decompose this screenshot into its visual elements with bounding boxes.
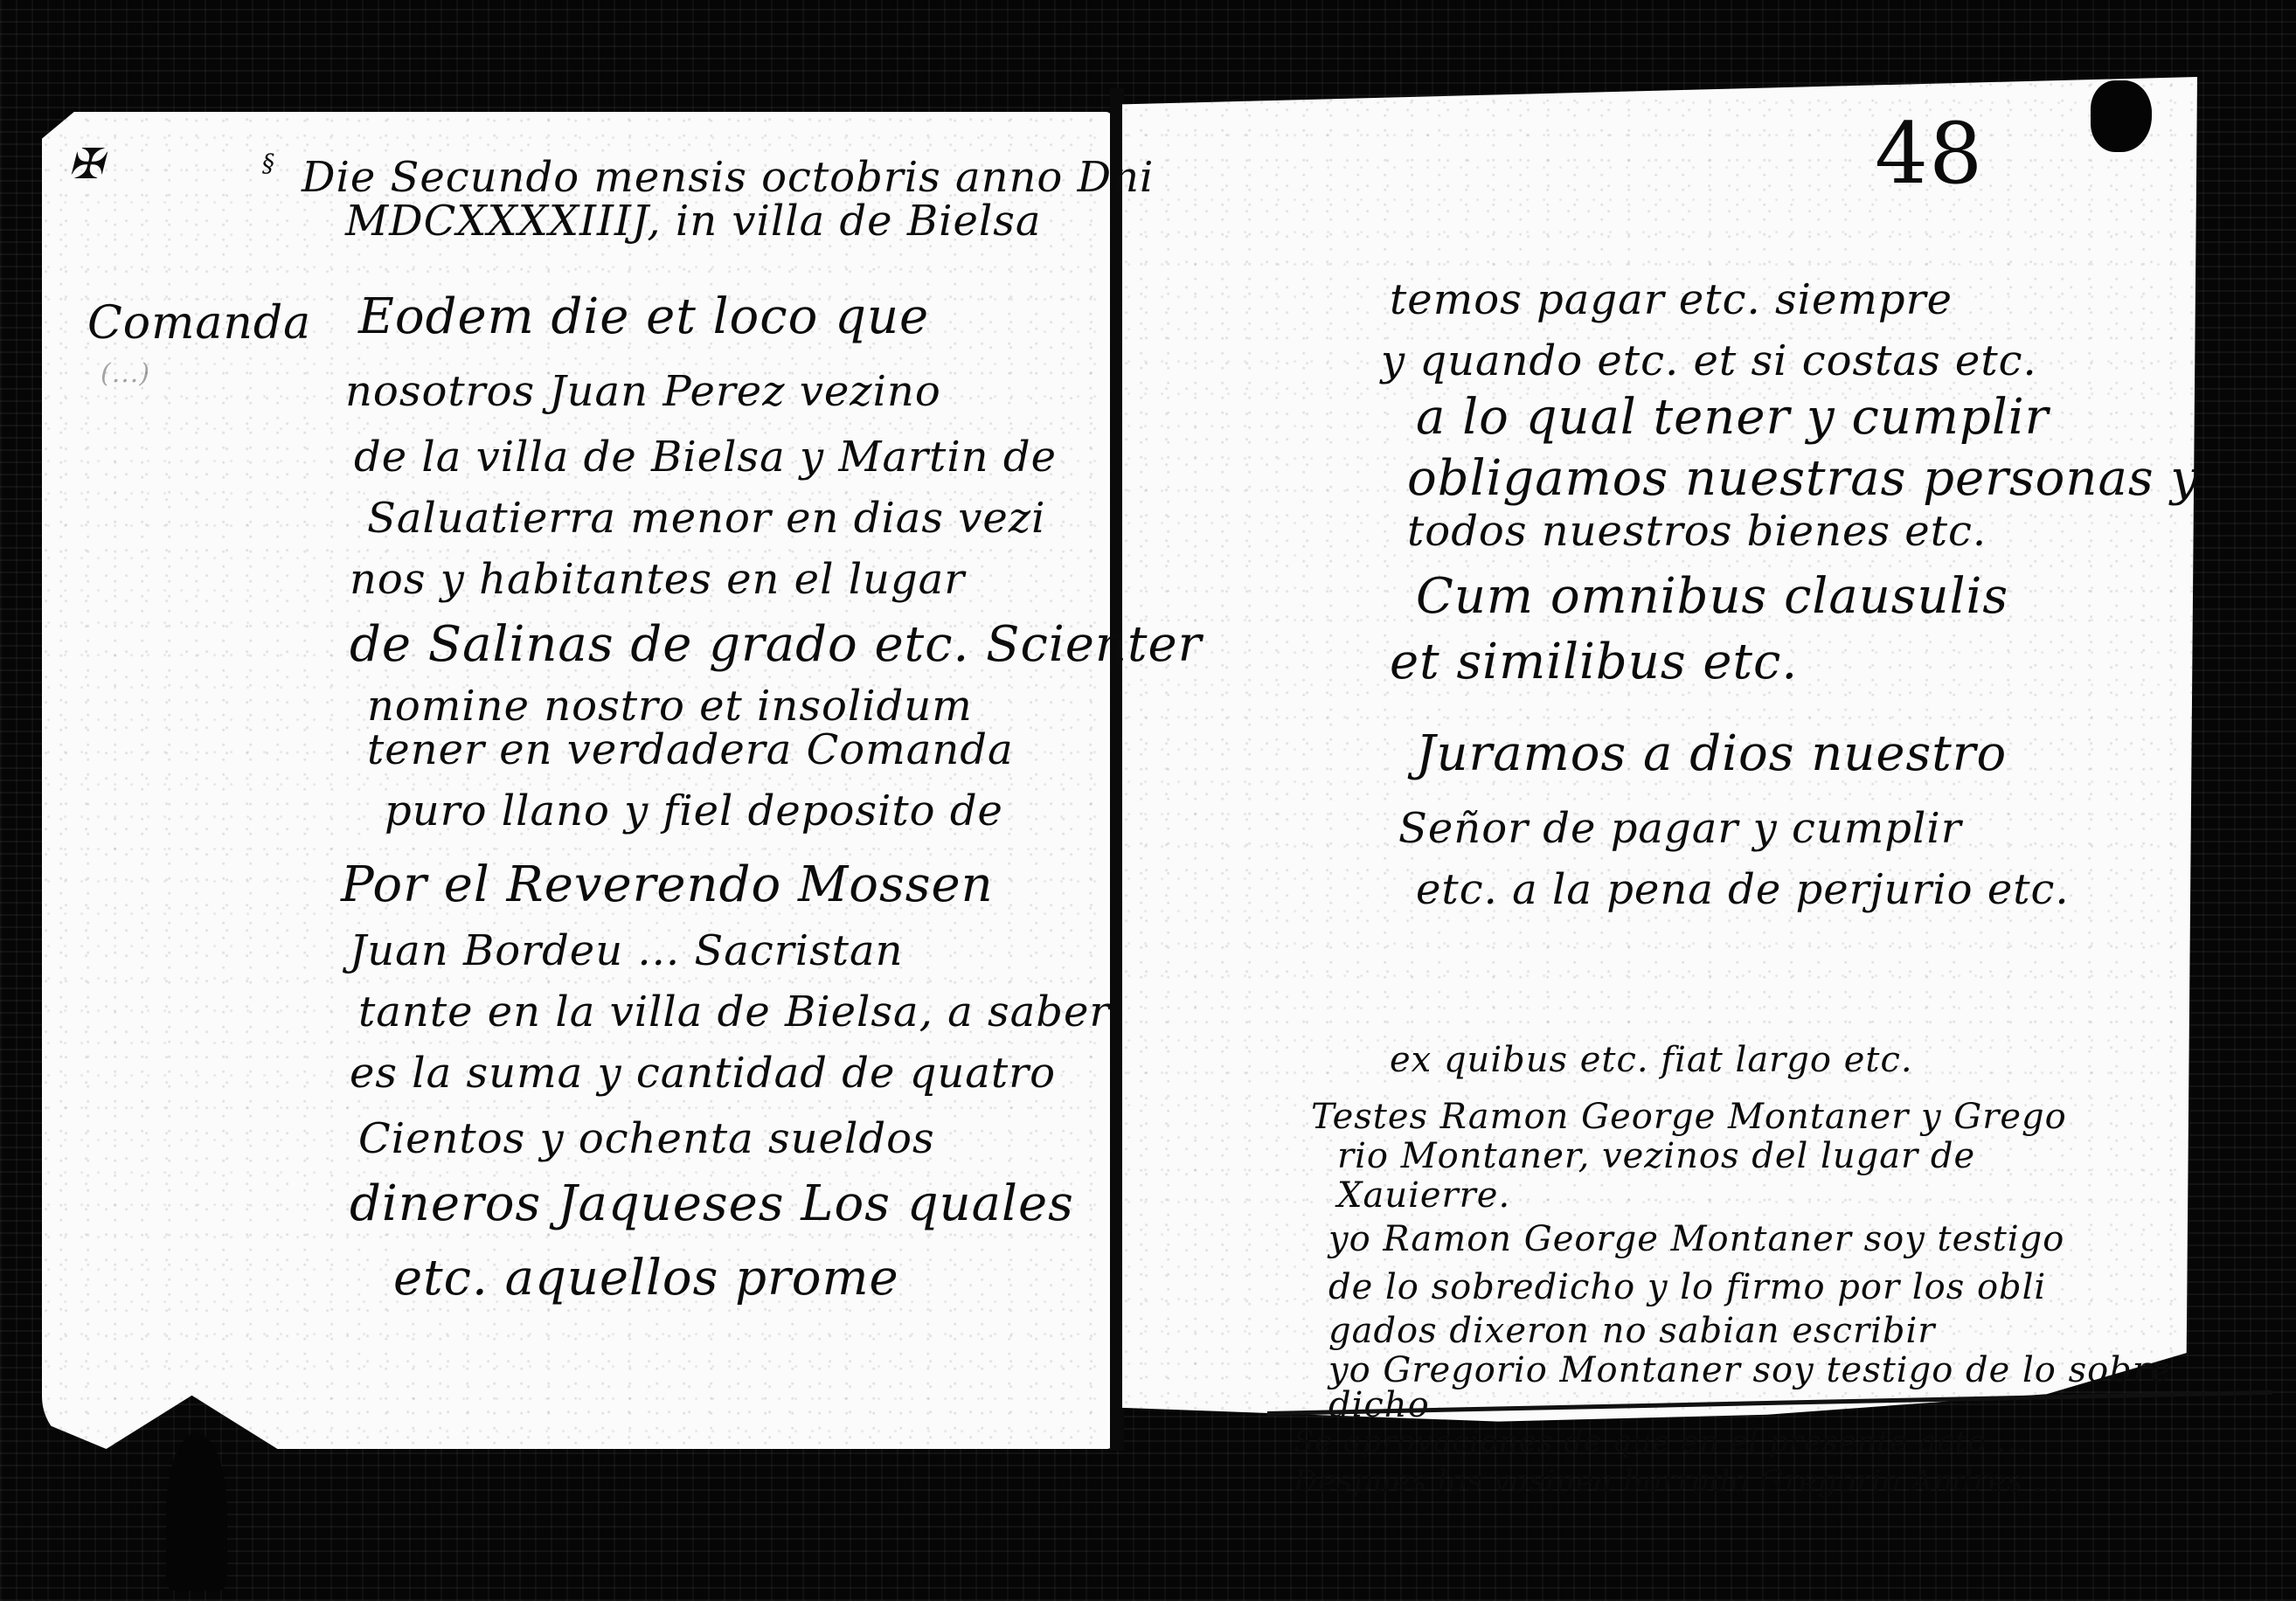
footnote-line: Se aprovaciones de que en el presente ac… xyxy=(1294,1424,2028,1459)
heading-line-1: Die Secundo mensis octobris anno Dni xyxy=(302,153,1154,202)
body-line: nosotros Juan Perez vezino xyxy=(345,367,941,416)
body-line: a lo qual tener y cumplir xyxy=(1416,389,2049,446)
witness-line: dicho xyxy=(1328,1385,1430,1425)
body-line: Por el Reverendo Mossen xyxy=(341,856,994,913)
witness-line: yo Ramon George Montaner soy testigo xyxy=(1328,1219,2064,1259)
body-line: Juan Bordeu ... Sacristan xyxy=(350,926,904,975)
body-line: de Salinas de grado etc. Scienter xyxy=(350,616,1202,673)
witness-line: Testes Ramon George Montaner y Grego xyxy=(1311,1097,2067,1137)
body-line: de la villa de Bielsa y Martin de xyxy=(354,433,1057,482)
folio-number: 48 xyxy=(1875,105,1983,203)
section-mark: § xyxy=(262,149,275,177)
footnote-line: Despues los vasinea borrado Gregorio And… xyxy=(1294,1464,2064,1499)
body-line: Cum omnibus clausulis xyxy=(1416,568,2008,625)
body-line: etc. aquellos prome xyxy=(393,1250,899,1306)
body-line: Eodem die et loco que xyxy=(358,288,929,345)
ink-stain xyxy=(166,1433,227,1591)
witness-line: ex quibus etc. fiat largo etc. xyxy=(1390,1040,1913,1080)
body-line: tener en verdadera Comanda xyxy=(367,725,1014,774)
body-line: etc. a la pena de perjurio etc. xyxy=(1416,865,2070,914)
body-line: Juramos a dios nuestro xyxy=(1416,725,2007,782)
margin-note-comanda: Comanda xyxy=(87,297,311,350)
body-line: Señor de pagar y cumplir xyxy=(1398,804,1962,853)
body-line: et similibus etc. xyxy=(1390,634,1798,690)
body-line: Saluatierra menor en dias vezi xyxy=(367,494,1045,543)
body-line: nos y habitantes en el lugar xyxy=(350,555,965,604)
body-line: dineros Jaqueses Los quales xyxy=(350,1175,1074,1232)
witness-line: de lo sobredicho y lo firmo por los obli xyxy=(1328,1267,2046,1307)
body-line: obligamos nuestras personas y xyxy=(1407,450,2199,507)
body-line: puro llano y fiel deposito de xyxy=(385,787,1003,835)
body-line: y quando etc. et si costas etc. xyxy=(1381,336,2037,385)
body-line: es la suma y cantidad de quatro xyxy=(350,1049,1056,1098)
book-gutter xyxy=(1110,87,1124,1451)
body-line: temos pagar etc. siempre xyxy=(1390,275,1953,324)
body-line: Cientos y ochenta sueldos xyxy=(358,1114,935,1163)
witness-line: rio Montaner, vezinos del lugar de xyxy=(1337,1136,1975,1176)
cross-mark: ✠ xyxy=(68,140,104,189)
body-line: nomine nostro et insolidum xyxy=(367,682,973,731)
witness-line: gados dixeron no sabian escribir xyxy=(1328,1311,1935,1351)
body-line: tante en la villa de Bielsa, a saber xyxy=(358,988,1110,1036)
witness-line: yo Gregorio Montaner soy testigo de lo s… xyxy=(1328,1350,2172,1390)
body-line: todos nuestros bienes etc. xyxy=(1407,507,1987,556)
witness-line: Xauierre. xyxy=(1337,1175,1510,1216)
heading-line-2: MDCXXXXIIIJ, in villa de Bielsa xyxy=(345,197,1041,246)
ink-blot xyxy=(2091,80,2152,152)
margin-note-faint: (...) xyxy=(101,358,150,389)
